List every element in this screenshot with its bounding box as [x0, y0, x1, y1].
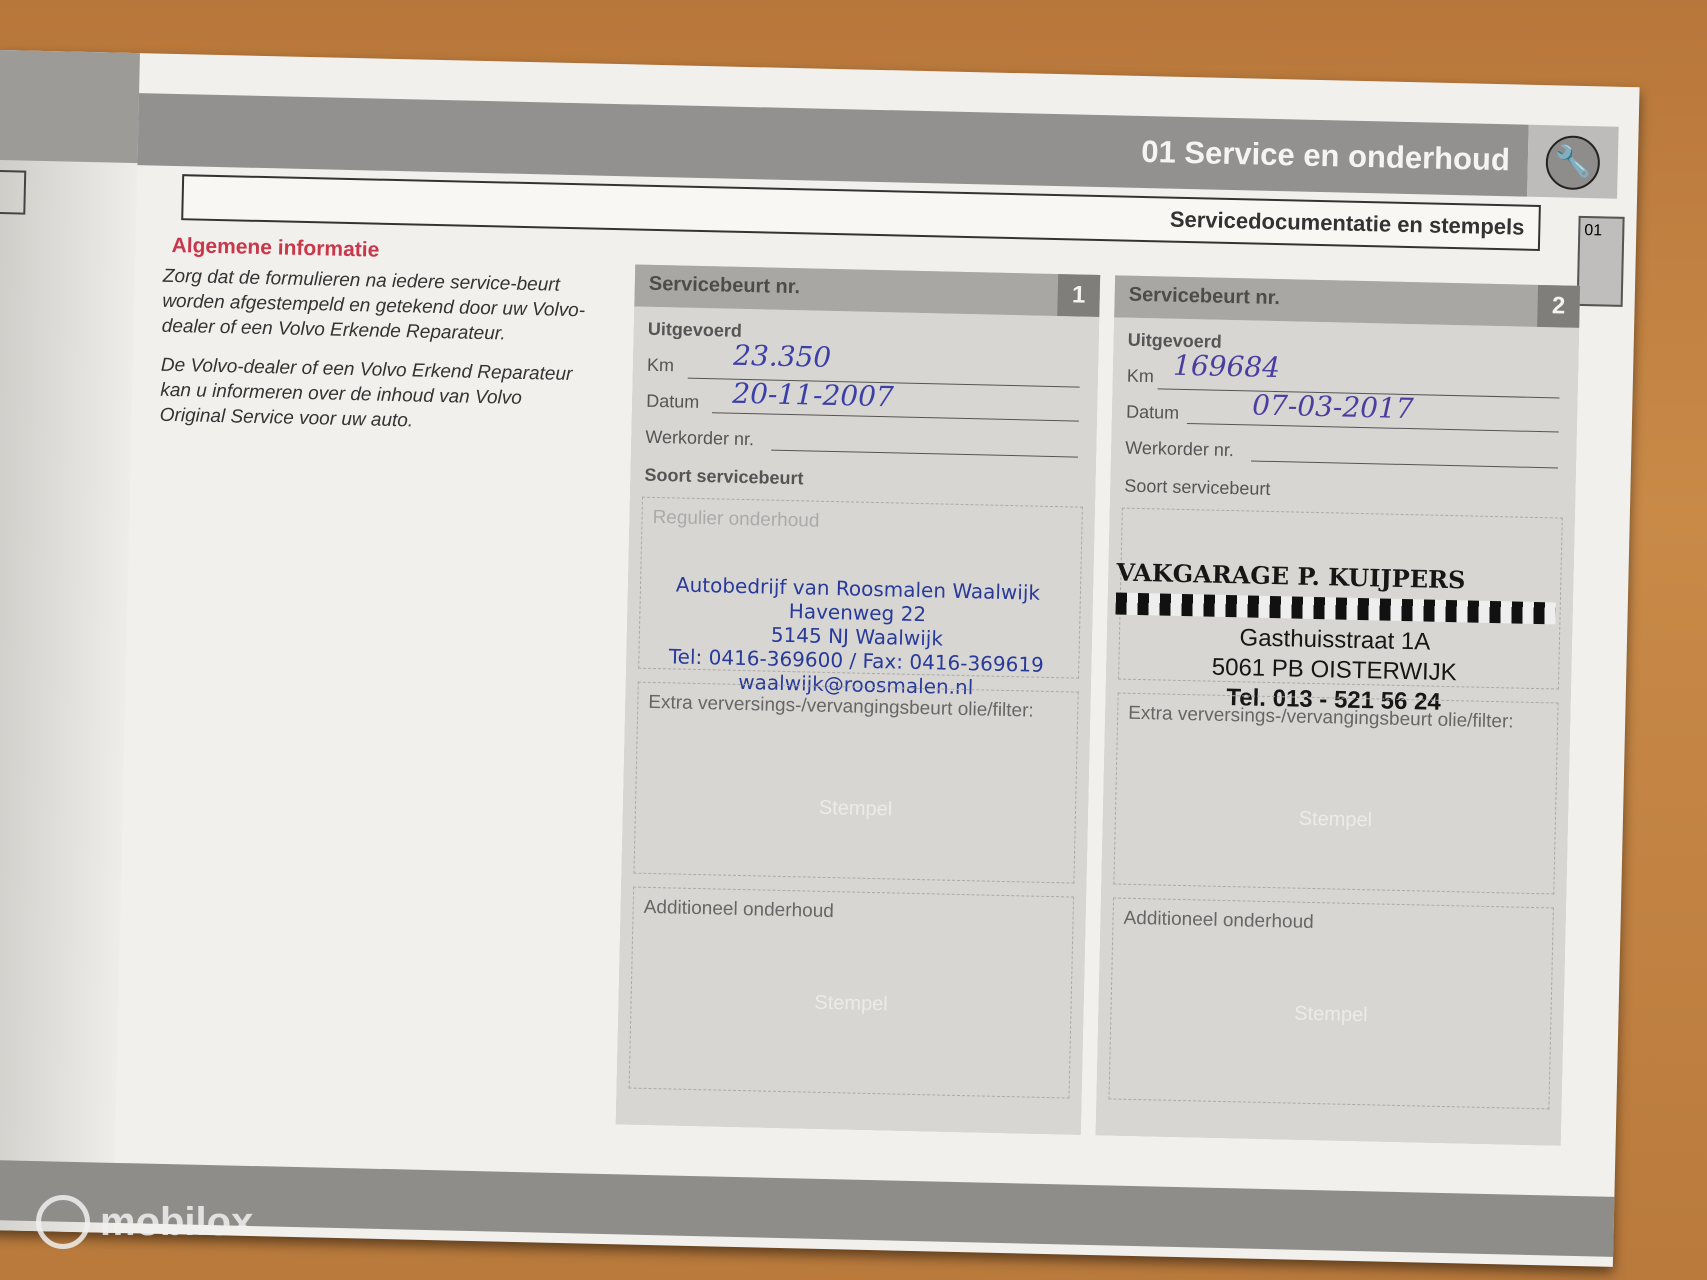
- general-info: Algemene informatie Zorg dat de formulie…: [159, 234, 594, 452]
- km-value: 169684: [1173, 349, 1281, 384]
- card-number: 1: [1057, 274, 1100, 317]
- date-value: 07-03-2017: [1252, 389, 1414, 426]
- mobilox-logo-icon: [36, 1195, 90, 1249]
- side-tab: 01: [1577, 216, 1625, 307]
- info-paragraph-2: De Volvo-dealer of een Volvo Erkend Repa…: [159, 353, 591, 438]
- checkered-flag-pattern: [1115, 592, 1555, 624]
- previous-page-edge: [0, 50, 140, 1233]
- info-paragraph-1: Zorg dat de formulieren na iedere servic…: [161, 264, 593, 349]
- wrench-icon: 🔧: [1545, 135, 1600, 190]
- dealer-stamp: Autobedrijf van Roosmalen Waalwijk Haven…: [666, 572, 1049, 701]
- watermark: mobilox: [36, 1195, 253, 1249]
- service-card-1: Servicebeurt nr. 1 Uitgevoerd Km 23.350 …: [616, 264, 1100, 1134]
- info-heading: Algemene informatie: [171, 234, 593, 268]
- section-title: Servicedocumentatie en stempels: [1170, 207, 1525, 241]
- km-value: 23.350: [733, 339, 832, 374]
- service-card-2: Servicebeurt nr. 2 Uitgevoerd Km 169684 …: [1096, 275, 1580, 1145]
- service-booklet-page: 01 Service en onderhoud 🔧 Servicedocumen…: [0, 50, 1640, 1267]
- card-header-label: Servicebeurt nr.: [1128, 284, 1280, 310]
- card-header-label: Servicebeurt nr.: [649, 273, 801, 299]
- chapter-title: 01 Service en onderhoud: [1141, 134, 1510, 178]
- card-number: 2: [1537, 285, 1580, 328]
- date-value: 20-11-2007: [732, 377, 894, 414]
